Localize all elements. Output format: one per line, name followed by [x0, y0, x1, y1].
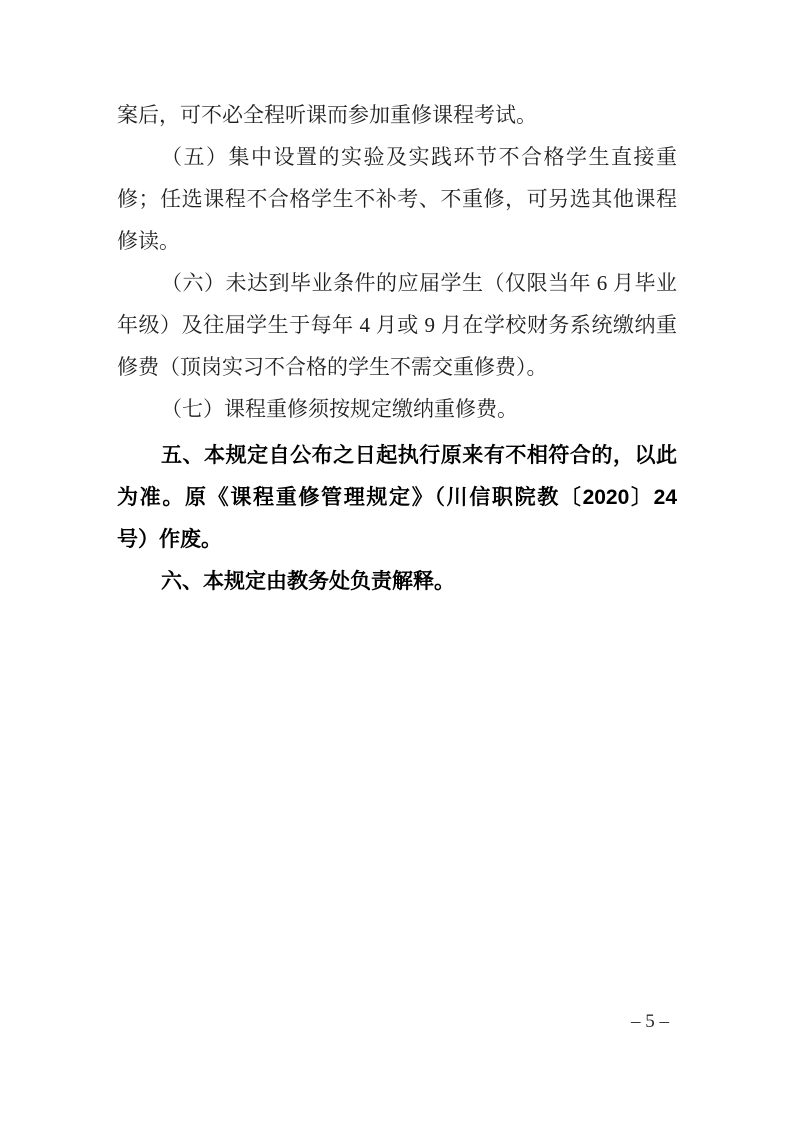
text-line: 号）作废。 [117, 519, 677, 561]
page-number: – 5 – [560, 1008, 740, 1036]
text-line: 年级）及往届学生于每年 4 月或 9 月在学校财务系统缴纳重 [117, 304, 677, 346]
text-line: 修费（顶岗实习不合格的学生不需交重修费）。 [117, 346, 677, 388]
paragraph-continuation: 案后，可不必全程听课而参加重修课程考试。 [117, 94, 677, 136]
paragraph-item-6: （六）未达到毕业条件的应届学生（仅限当年 6 月毕业 年级）及往届学生于每年 4… [117, 262, 677, 388]
document-page: 案后，可不必全程听课而参加重修课程考试。 （五）集中设置的实验及实践环节不合格学… [0, 0, 793, 1122]
text-line: 为准。原《课程重修管理规定》（川信职院教〔2020〕24 [117, 477, 677, 519]
text-line: 修；任选课程不合格学生不补考、不重修，可另选其他课程 [117, 178, 677, 220]
text-line: 修读。 [117, 220, 677, 262]
paragraph-section-5: 五、本规定自公布之日起执行原来有不相符合的，以此 为准。原《课程重修管理规定》（… [117, 435, 677, 561]
text-line: 六、本规定由教务处负责解释。 [117, 561, 677, 603]
paragraph-item-7: （七）课程重修须按规定缴纳重修费。 [117, 388, 677, 430]
paragraph-item-5: （五）集中设置的实验及实践环节不合格学生直接重 修；任选课程不合格学生不补考、不… [117, 136, 677, 262]
document-content: 案后，可不必全程听课而参加重修课程考试。 （五）集中设置的实验及实践环节不合格学… [117, 94, 677, 603]
paragraph-section-6: 六、本规定由教务处负责解释。 [117, 561, 677, 603]
text-line: 五、本规定自公布之日起执行原来有不相符合的，以此 [117, 435, 677, 477]
text-line: （六）未达到毕业条件的应届学生（仅限当年 6 月毕业 [117, 262, 677, 304]
text-line: （七）课程重修须按规定缴纳重修费。 [117, 388, 677, 430]
text-line: （五）集中设置的实验及实践环节不合格学生直接重 [117, 136, 677, 178]
text-line: 案后，可不必全程听课而参加重修课程考试。 [117, 94, 677, 136]
